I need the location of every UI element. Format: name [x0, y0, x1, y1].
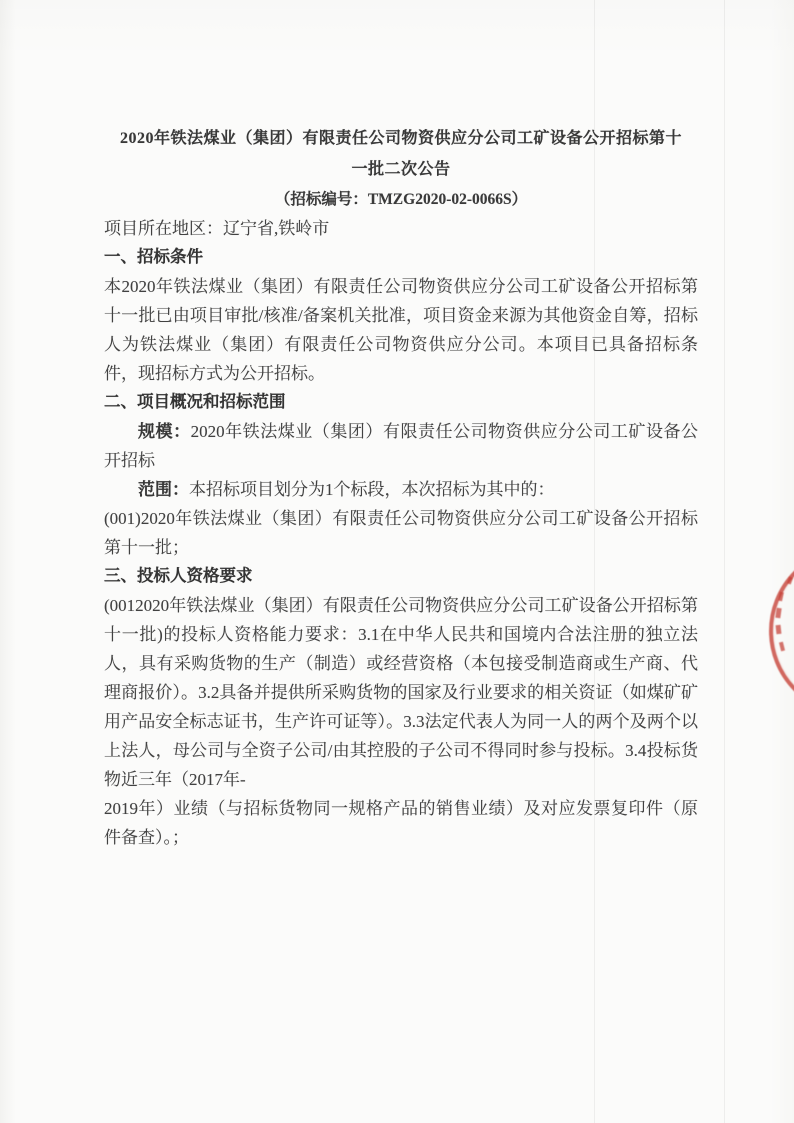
scanned-document-page: 2020年铁法煤业（集团）有限责任公司物资供应分公司工矿设备公开招标第十 一批二… [0, 0, 794, 1123]
document-content: 2020年铁法煤业（集团）有限责任公司物资供应分公司工矿设备公开招标第十 一批二… [104, 123, 698, 852]
seal-glyph-mark [776, 625, 782, 634]
scope-text: 本招标项目划分为1个标段，本次招标为其中的： [189, 480, 555, 499]
scope-label: 范围： [138, 480, 189, 499]
lot-paragraph: (001)2020年铁法煤业（集团）有限责任公司物资供应分公司工矿设备公开招标第… [104, 504, 698, 562]
qualification-paragraph-part2: 2019年）业绩（与招标货物同一规格产品的销售业绩）及对应发票复印件（原件备查）… [104, 794, 698, 852]
scale-paragraph: 规模：2020年铁法煤业（集团）有限责任公司物资供应分公司工矿设备公开招标 [104, 417, 698, 475]
scan-fold-line-right [724, 0, 725, 1123]
section3-heading: 三、投标人资格要求 [104, 562, 698, 591]
qualification-paragraph-part1: (0012020年铁法煤业（集团）有限责任公司物资供应分公司工矿设备公开招标第十… [104, 591, 698, 794]
document-title-line1: 2020年铁法煤业（集团）有限责任公司物资供应分公司工矿设备公开招标第十 [104, 123, 698, 154]
tender-number: （招标编号：TMZG2020-02-0066S） [104, 185, 698, 214]
document-title-line2: 一批二次公告 [104, 154, 698, 185]
scope-paragraph: 范围：本招标项目划分为1个标段，本次招标为其中的： [104, 475, 698, 504]
section2-heading: 二、项目概况和招标范围 [104, 388, 698, 417]
scale-label: 规模： [138, 422, 191, 441]
section1-paragraph: 本2020年铁法煤业（集团）有限责任公司物资供应分公司工矿设备公开招标第十一批已… [104, 272, 698, 388]
red-seal-stamp [769, 546, 794, 716]
section1-heading: 一、招标条件 [104, 243, 698, 272]
project-location-line: 项目所在地区：辽宁省,铁岭市 [104, 214, 698, 243]
document-title: 2020年铁法煤业（集团）有限责任公司物资供应分公司工矿设备公开招标第十 一批二… [104, 123, 698, 185]
scale-text: 2020年铁法煤业（集团）有限责任公司物资供应分公司工矿设备公开招标 [104, 422, 698, 470]
